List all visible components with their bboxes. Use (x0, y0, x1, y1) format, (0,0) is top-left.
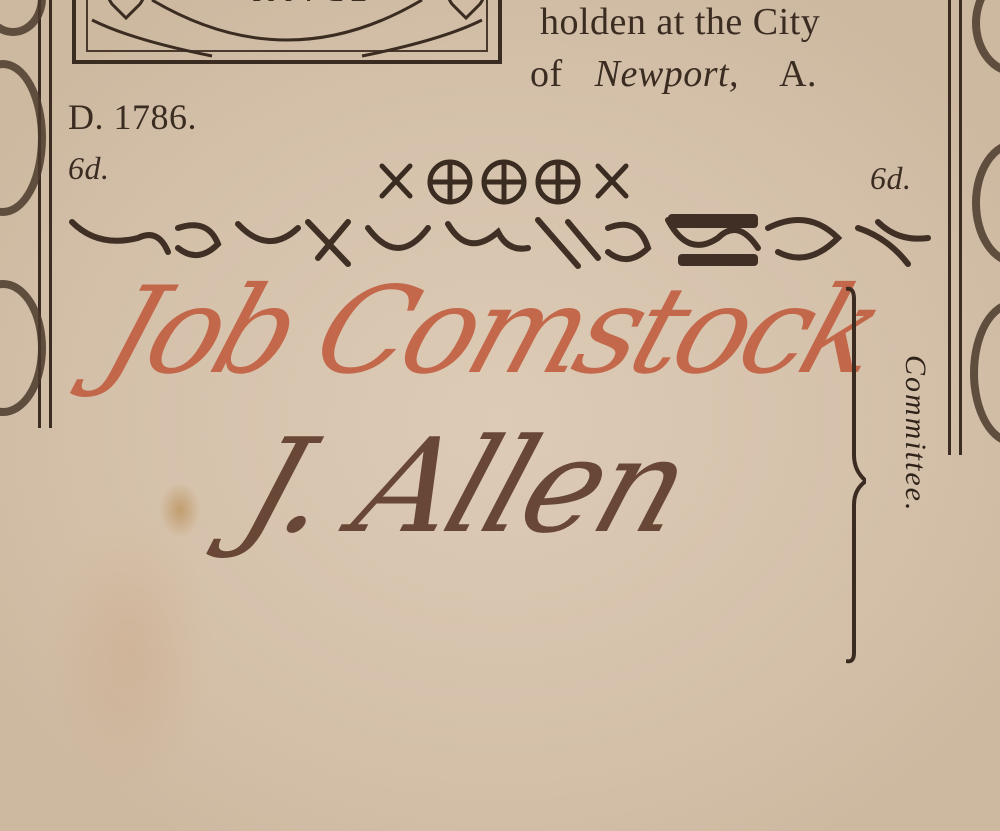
ornament-symbols-icon (376, 156, 636, 208)
signature-j-allen: J. Allen (225, 410, 705, 562)
header-suffix: A. (779, 53, 817, 95)
right-scroll-ornament (970, 300, 1000, 446)
right-scroll-ornament (972, 140, 1000, 266)
header-line-2: of Newport, A. (530, 52, 817, 96)
right-scroll-ornament (972, 0, 1000, 76)
right-border (948, 0, 962, 455)
denomination-left: 6d. (68, 150, 110, 187)
seal-frame: ERAMI (72, 0, 502, 64)
header-of: of (530, 53, 563, 95)
denomination-right: 6d. (870, 160, 912, 197)
header-line-1: holden at the City (540, 0, 820, 44)
signature-job-comstock: Job Comstock (87, 262, 895, 401)
currency-note: ERAMI holden at the City of Newport, A. … (0, 0, 1000, 831)
brace-bracket-icon (846, 285, 866, 665)
header-year: D. 1786. (68, 96, 197, 138)
seal-text: ERAMI (246, 0, 366, 6)
seal-ornament-icon (72, 0, 502, 64)
committee-label: Committee. (898, 355, 932, 512)
header-city: Newport, (595, 53, 739, 95)
